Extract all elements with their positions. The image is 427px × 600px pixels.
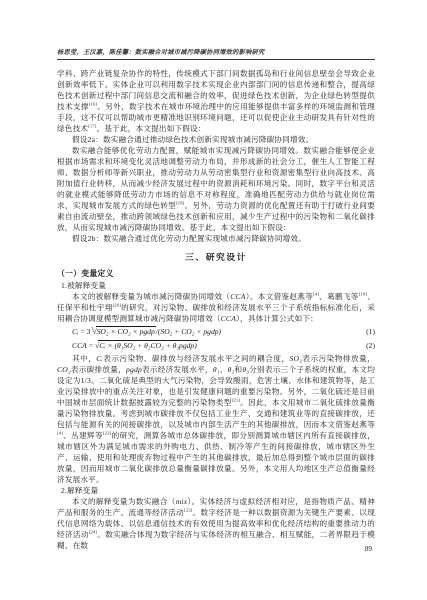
hypothesis-2a: 假设2a：数实融合通过推动绿色技术创新实现城市减污降碳协同增效。	[57, 134, 375, 145]
hypothesis-2b: 假设2b：数实融合通过优化劳动力配置实现城市减污降碳协同增效。	[57, 233, 375, 244]
paragraph-explanatory-variable: 本文的解释变量为数实融合（mix）。实体经济与虚拟经济相对应，是指物质产品、精神…	[57, 496, 375, 551]
coefficient: 3	[87, 327, 91, 336]
running-head: 杨思莹，王汉嘉，陈佳馨：数实融合对城市减污降碳协同增效的影响研究	[57, 47, 375, 60]
equals-sign: =	[89, 341, 93, 350]
formula-lhs: CCA	[72, 341, 87, 350]
equals-sign: =	[80, 327, 84, 336]
paragraph-dependent-variable: 本文的被解释变量为城市减污降碳协同增效（CCA）。本文借鉴赵燕等[4]、葛鹏飞等…	[57, 291, 375, 324]
radicand: Cᵢ × (θ₁SO₂ + θ₂CO₂ + θ₃pgdp)	[98, 340, 198, 350]
formula-expression: CCA=√Cᵢ × (θ₁SO₂ + θ₂CO₂ + θ₃pgdp)	[72, 339, 198, 352]
paragraph-variable-measurement: 其中，Cᵢ表示污染物、碳排放与经济发展水平之间的耦合度，SO₂表示污染物排放量，…	[57, 353, 375, 485]
item-heading-dependent-variable: 1.被解释变量	[57, 280, 375, 291]
page-content: 杨思莹，王汉嘉，陈佳馨：数实融合对城市减污降碳协同增效的影响研究 学科、跨产业链…	[57, 47, 375, 551]
paper-page: 杨思莹，王汉嘉，陈佳馨：数实融合对城市减污降碳协同增效的影响研究 学科、跨产业链…	[0, 0, 427, 600]
formula-cca: CCA=√Cᵢ × (θ₁SO₂ + θ₂CO₂ + θ₃pgdp) (2)	[57, 339, 375, 352]
paragraph-labor-allocation-mechanism: 数实融合能够优化劳动力配置，赋能城市实现减污降碳协同增效。数实融合能够使企业根据…	[57, 145, 375, 233]
radicand: SO₂ × CO₂ × pgdp	[96, 326, 156, 336]
item-heading-explanatory-variable: 2.解释变量	[57, 485, 375, 496]
page-number: 89	[365, 545, 372, 553]
section-heading-research-design: 三、研究设计	[57, 250, 375, 263]
formula-coupling-degree: Cᵢ=33√SO₂ × CO₂ × pgdp/(SO₂ + CO₂ + pgdp…	[57, 325, 375, 338]
subsection-heading-variable-definition: （一）变量定义	[57, 268, 375, 279]
formula-lhs: Cᵢ	[72, 327, 78, 336]
formula-denominator: /(SO₂ + CO₂ + pgdp)	[156, 327, 221, 336]
equation-number-2: (2)	[366, 339, 375, 352]
formula-expression: Cᵢ=33√SO₂ × CO₂ × pgdp/(SO₂ + CO₂ + pgdp…	[72, 325, 221, 338]
paragraph-green-tech-mechanism: 学科、跨产业链复杂协作的特性，传统模式下部门间数据孤岛和行业间信息壁垒会导致企业…	[57, 68, 375, 134]
equation-number-1: (1)	[366, 325, 375, 338]
